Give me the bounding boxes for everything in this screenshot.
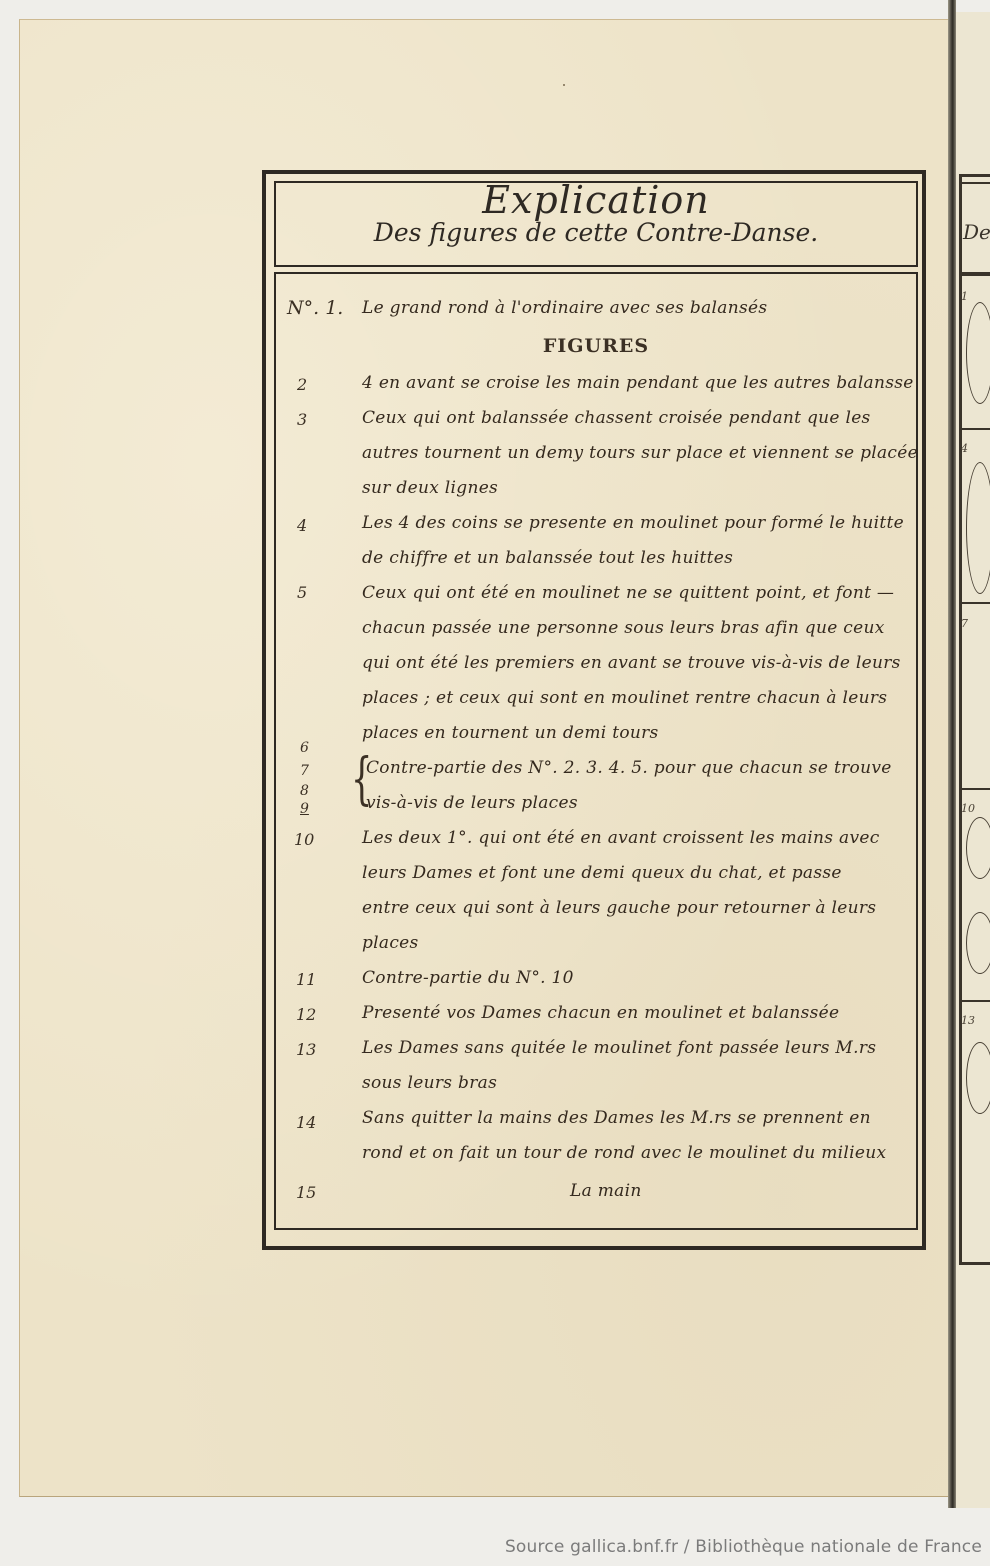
figure-number: 5 — [297, 583, 307, 602]
figure-number: 12 — [296, 1005, 316, 1024]
figure-line: vis-à-vis de leurs places — [366, 793, 578, 813]
adjacent-divider — [961, 274, 990, 276]
adjacent-figure-number: 7 — [961, 617, 968, 630]
adjacent-figure-diagram — [966, 912, 990, 974]
intro-number: N°. 1. — [287, 297, 343, 319]
figure-line: autres tournent un demy tours sur place … — [362, 443, 918, 463]
figure-line: qui ont été les premiers en avant se tro… — [362, 653, 901, 673]
figure-number: 2 — [297, 375, 307, 394]
figure-number: 9 — [300, 801, 309, 817]
figure-line: Contre-partie des N°. 2. 3. 4. 5. pour q… — [366, 758, 892, 778]
adjacent-divider — [961, 602, 990, 604]
figure-line: Les deux 1°. qui ont été en avant croiss… — [362, 828, 880, 848]
adjacent-divider — [961, 428, 990, 430]
figure-line: de chiffre et un balanssée tout les huit… — [362, 548, 733, 568]
figure-number: 14 — [296, 1113, 316, 1132]
adjacent-figure-number: 1 — [961, 290, 968, 303]
figure-line: La main — [570, 1181, 642, 1201]
figure-line: places — [362, 933, 419, 953]
figure-number: 4 — [297, 516, 307, 535]
figure-line: sur deux lignes — [362, 478, 498, 498]
figure-number: 3 — [297, 410, 307, 429]
figure-line: Presenté vos Dames chacun en moulinet et… — [362, 1003, 839, 1023]
figure-line: rond et on fait un tour de rond avec le … — [362, 1143, 886, 1163]
adjacent-divider — [961, 788, 990, 790]
figure-number: 11 — [296, 970, 316, 989]
figure-number: 7 — [300, 763, 309, 779]
figure-line: 4 en avant se croise les main pendant qu… — [362, 373, 914, 393]
figure-line: places ; et ceux qui sont en moulinet re… — [362, 688, 887, 708]
figure-line: Sans quitter la mains des Dames les M.rs… — [362, 1108, 871, 1128]
figure-line: Les Dames sans quitée le moulinet font p… — [362, 1038, 876, 1058]
figure-number: 15 — [296, 1183, 316, 1202]
adjacent-figure-diagram — [966, 817, 990, 879]
figure-line: Ceux qui ont balanssée chassent croisée … — [362, 408, 871, 428]
book-gutter — [948, 0, 956, 1508]
figure-line: Contre-partie du N°. 10 — [362, 968, 574, 988]
adjacent-figure-diagram — [966, 302, 990, 404]
figure-line: sous leurs bras — [362, 1073, 497, 1093]
figure-number: 8 — [300, 783, 309, 799]
figure-line: places en tournent un demi tours — [362, 723, 659, 743]
adjacent-figure-diagram — [966, 462, 990, 594]
figure-number: 6 — [300, 740, 309, 756]
figure-line: leurs Dames et font une demi queux du ch… — [362, 863, 842, 883]
adjacent-page: De 1 4 7 10 13 — [956, 12, 990, 1508]
figure-number: 10 — [294, 830, 314, 849]
adjacent-figure-diagram — [966, 1042, 990, 1114]
intro-text: Le grand rond à l'ordinaire avec ses bal… — [362, 298, 767, 318]
figure-line: entre ceux qui sont à leurs gauche pour … — [362, 898, 876, 918]
adjacent-figure-number: 4 — [961, 442, 968, 455]
document-subtitle: Des figures de cette Contre-Danse. — [274, 218, 918, 247]
ink-speck — [563, 84, 565, 86]
figure-line: Les 4 des coins se presente en moulinet … — [362, 513, 904, 533]
figure-line: Ceux qui ont été en moulinet ne se quitt… — [362, 583, 894, 603]
document-title: Explication — [274, 178, 918, 222]
adjacent-figure-number: 13 — [961, 1014, 975, 1027]
figure-line: chacun passée une personne sous leurs br… — [362, 618, 885, 638]
source-attribution: Source gallica.bnf.fr / Bibliothèque nat… — [505, 1537, 982, 1557]
figure-number: 13 — [296, 1040, 316, 1059]
section-heading: FIGURES — [274, 335, 918, 357]
adjacent-divider — [961, 1000, 990, 1002]
adjacent-figure-number: 10 — [961, 802, 975, 815]
adjacent-title-fragment: De — [963, 220, 990, 244]
